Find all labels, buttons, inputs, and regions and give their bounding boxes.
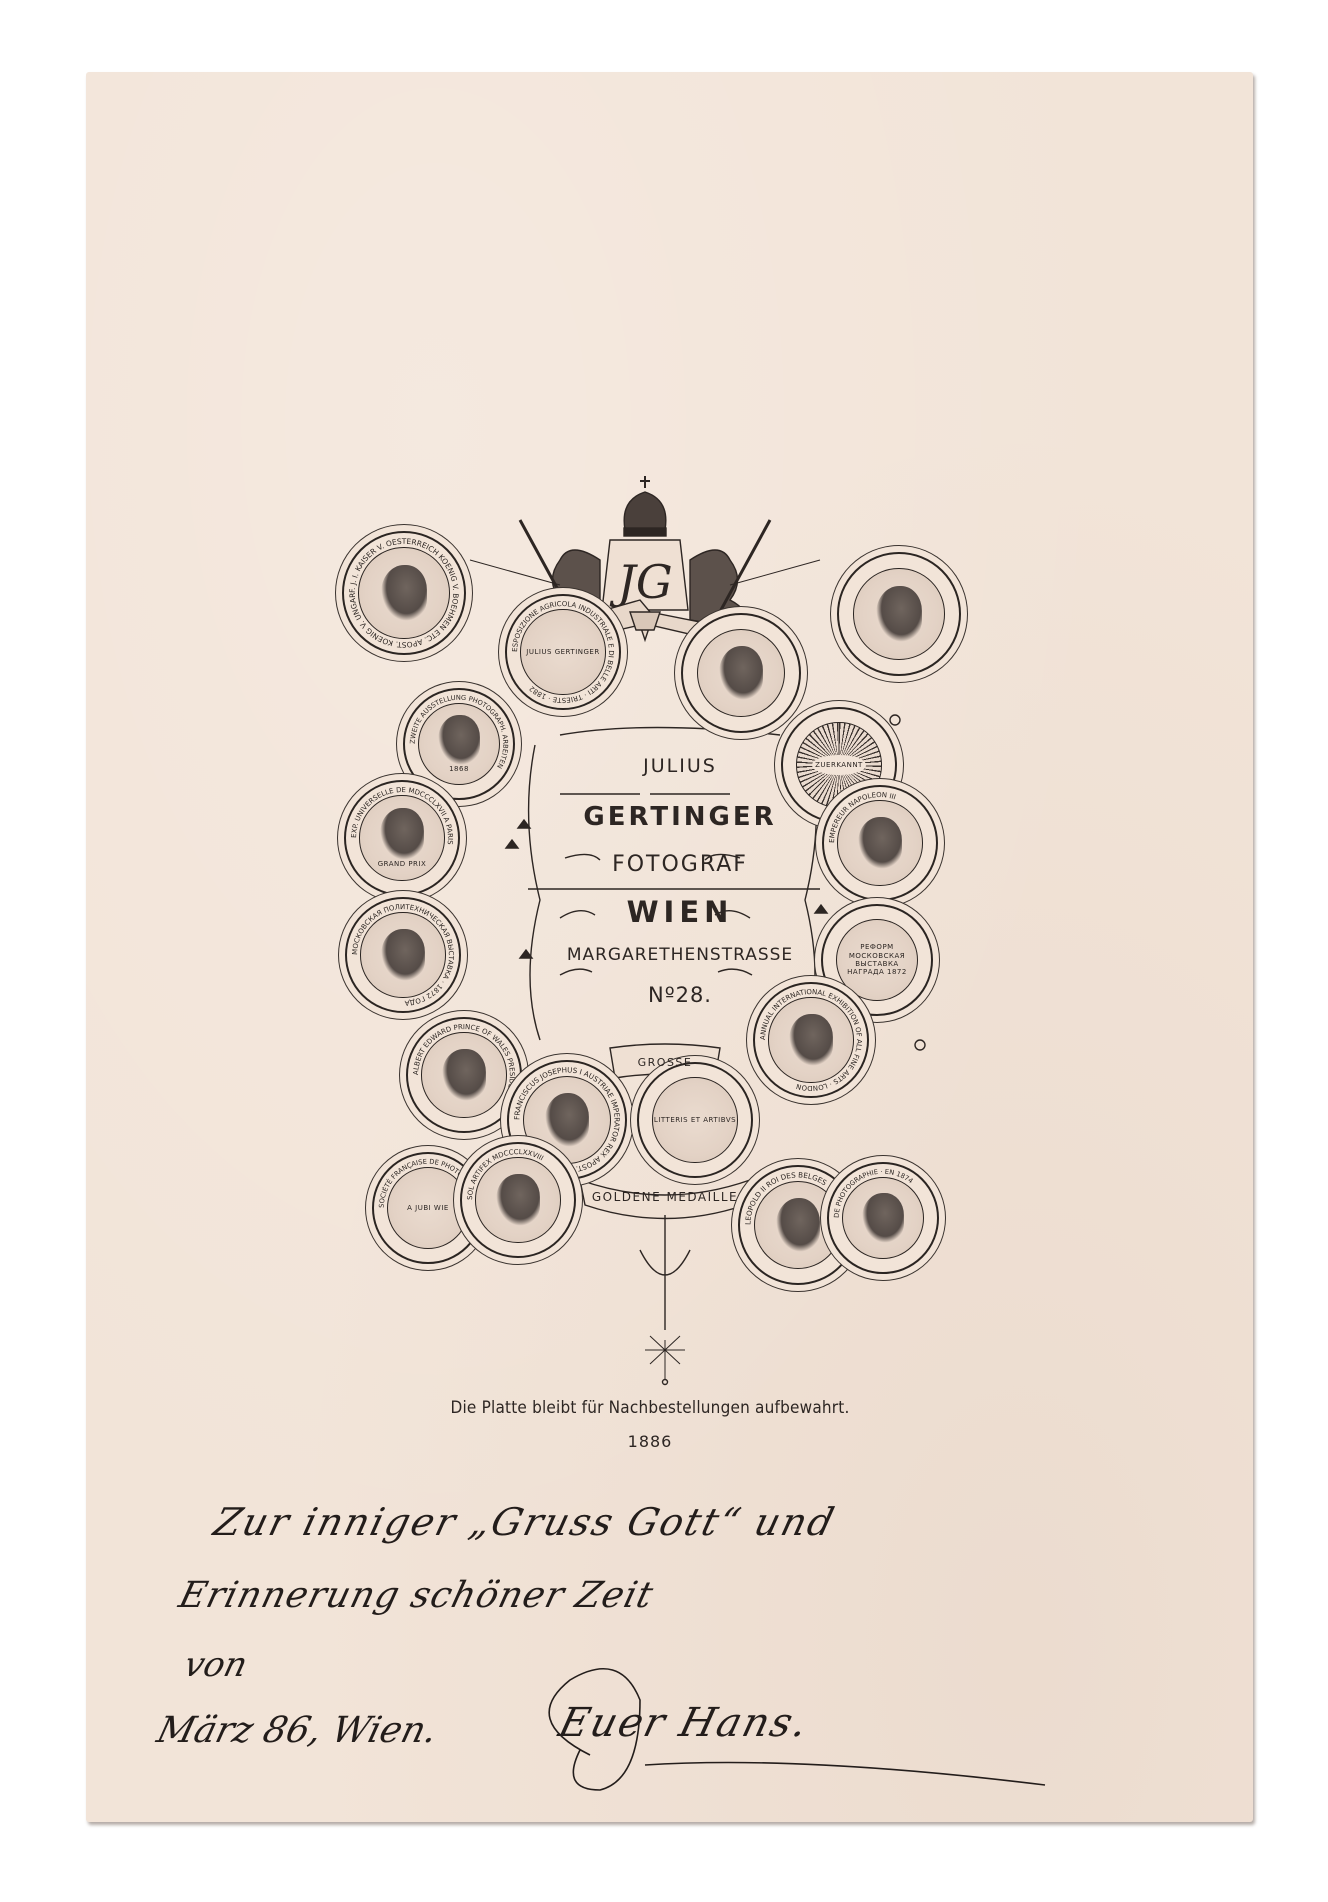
signature-flourish	[0, 0, 1328, 1902]
